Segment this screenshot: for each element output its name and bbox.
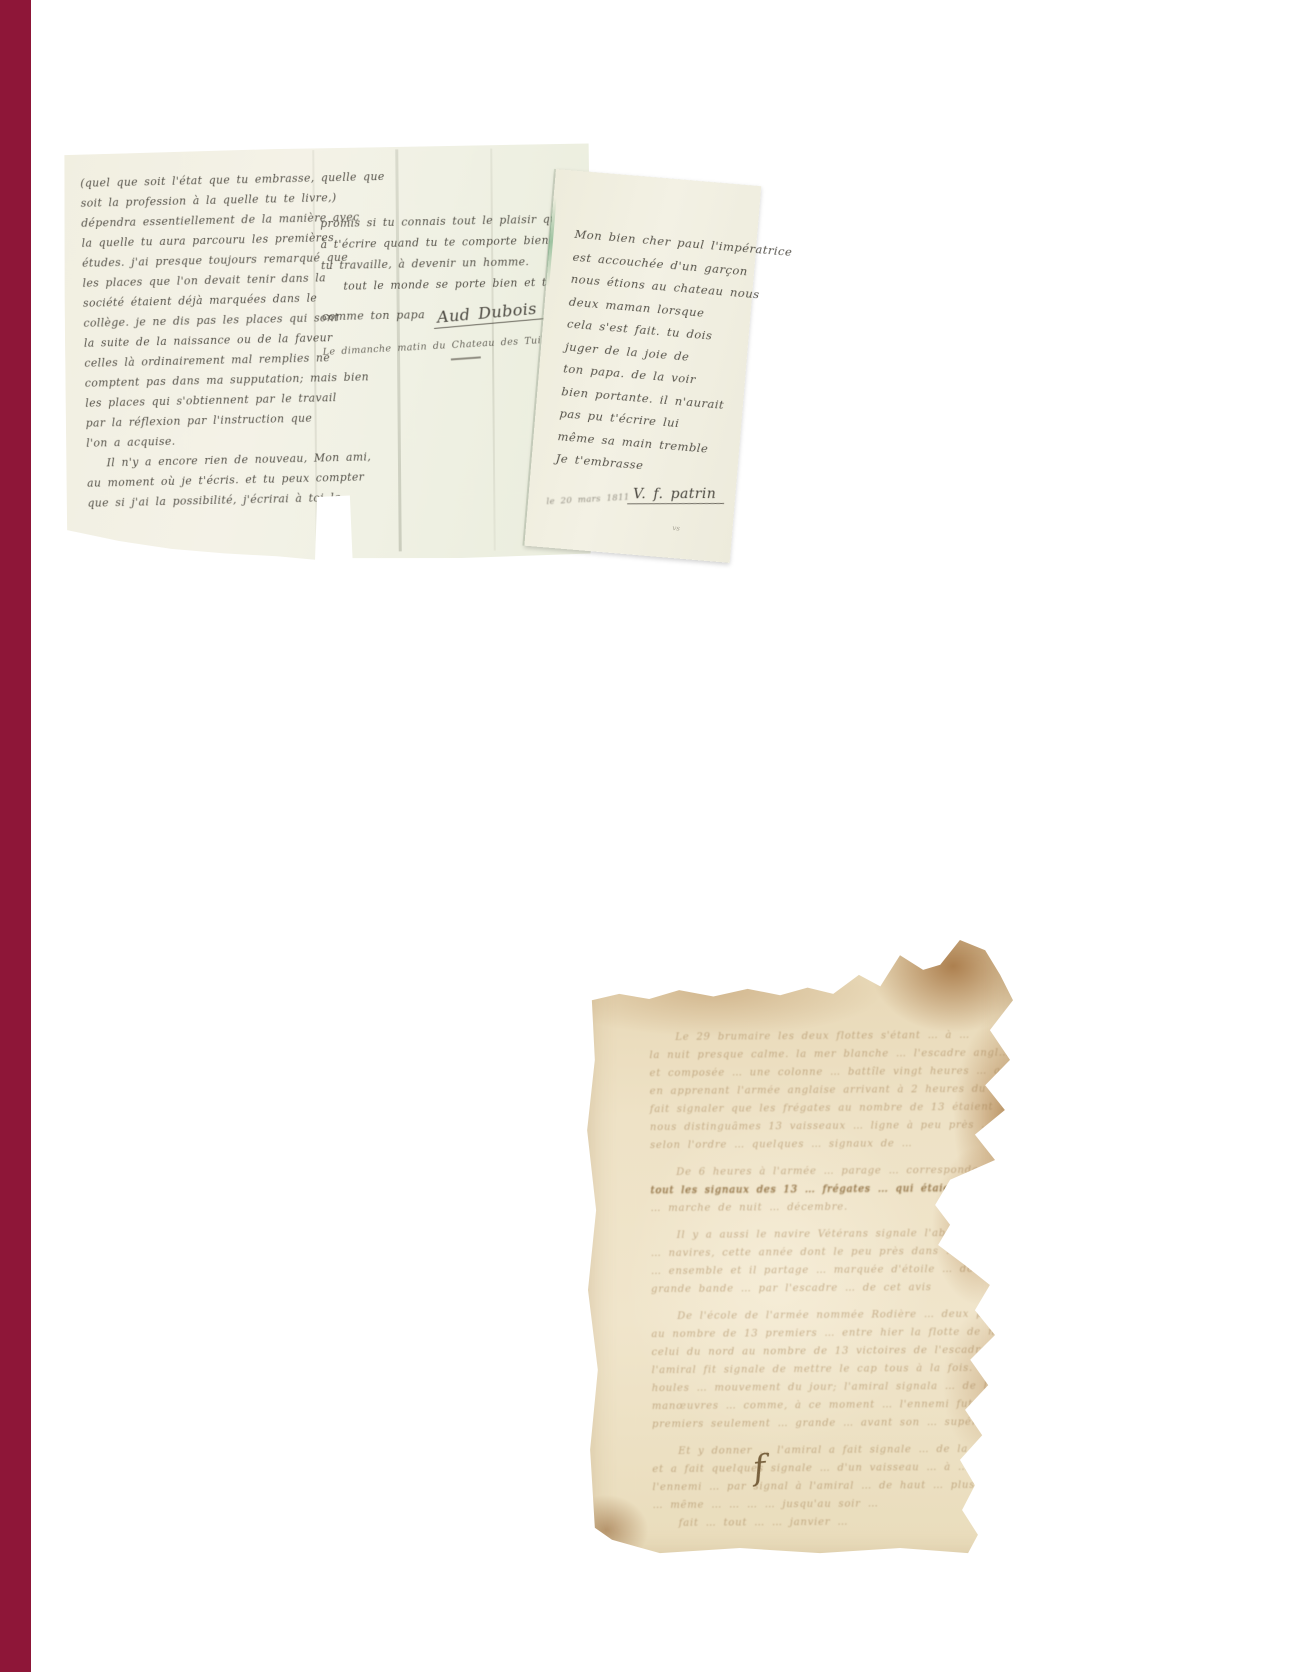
handwritten-line: … même … … … … jusqu'au soir …	[653, 1495, 963, 1515]
handwritten-line: et a fait quelques signale … d'un vaisse…	[652, 1459, 962, 1479]
handwritten-line: la nuit presque calme. la mer blanche … …	[649, 1045, 959, 1065]
handwritten-line: manœuvres … comme, à ce moment … l'ennem…	[652, 1396, 962, 1416]
closing-text: comme ton papa	[322, 304, 425, 327]
handwritten-line: l'amiral fit signale de mettre le cap to…	[652, 1360, 962, 1380]
handwritten-line: tout le monde se porte bien et t'aime	[321, 272, 536, 297]
letter-date: le 20 mars 1811	[546, 493, 630, 508]
aged-manuscript-scan: Le 29 brumaire les deux flottes s'étant …	[585, 928, 1013, 1562]
handwritten-line: Et y donner … l'amiral a fait signale … …	[652, 1441, 962, 1461]
letter-middle-column: promis si tu connais tout le plaisir que…	[320, 209, 538, 362]
handwritten-line: Le 29 brumaire les deux flottes s'étant …	[649, 1027, 959, 1047]
handwritten-line: Il y a aussi le navire Vétérans signale …	[651, 1225, 961, 1245]
handwritten-line: De l'école de l'armée nommée Rodière … d…	[651, 1306, 961, 1326]
handwritten-line: et composée … une colonne … battîle ving…	[649, 1063, 959, 1083]
handwritten-line: premiers seulement … grande … avant son …	[652, 1414, 962, 1434]
accent-bar	[0, 0, 31, 1672]
handwritten-line: celui du nord au nombre de 13 victoires …	[651, 1342, 961, 1362]
letter-right-column: Mon bien cher paul l'impératrice est acc…	[553, 223, 750, 508]
handwritten-line: en apprenant l'armée anglaise arrivant à…	[650, 1081, 960, 1101]
handwritten-line: fait … tout … … janvier …	[653, 1513, 963, 1533]
handwritten-line: selon l'ordre … quelques … signaux de …	[650, 1135, 960, 1155]
letter-left-column: (quel que soit l'état que tu embrasse, q…	[80, 168, 324, 513]
handwritten-line: grande bande … par l'escadre … de cet av…	[651, 1279, 961, 1299]
signature: Aud Dubois	[432, 298, 547, 329]
letter-page-right-scan: Mon bien cher paul l'impératrice est acc…	[524, 169, 761, 563]
handwritten-line: fait signaler que les frégates au nombre…	[650, 1099, 960, 1119]
manuscript-text: Le 29 brumaire les deux flottes s'étant …	[649, 1027, 963, 1533]
letter-spread-scan: (quel que soit l'état que tu embrasse, q…	[62, 140, 594, 563]
signature: V. f. patrin	[627, 485, 724, 503]
handwritten-line: … ensemble et il partage … marquée d'éto…	[651, 1261, 961, 1281]
handwritten-line: l'ennemi … par signal à l'amiral … de ha…	[652, 1477, 962, 1497]
dateline: Le dimanche matin du Chateau des Tuileri…	[322, 335, 537, 358]
handwritten-line: houles … mouvement du jour; l'amiral sig…	[652, 1378, 962, 1398]
handwritten-line: nous distinguâmes 13 vaisseaux … ligne à…	[650, 1117, 960, 1137]
pen-dash	[451, 356, 481, 360]
handwritten-line: au nombre de 13 premiers … entre hier la…	[651, 1324, 961, 1344]
closing-row: comme ton papa Aud Dubois	[322, 302, 537, 327]
handwritten-line: … navires, cette année dont le peu près …	[651, 1243, 961, 1263]
handwritten-line: De 6 heures à l'armée … parage … corresp…	[650, 1162, 960, 1182]
handwritten-line: tout les signaux des 13 … frégates … qui…	[650, 1180, 960, 1200]
handwritten-line: … marche de nuit … décembre.	[650, 1198, 960, 1218]
handwritten-line: que si j'ai la possibilité, j'écrirai à …	[87, 488, 323, 513]
corner-mark: vs	[672, 524, 680, 533]
